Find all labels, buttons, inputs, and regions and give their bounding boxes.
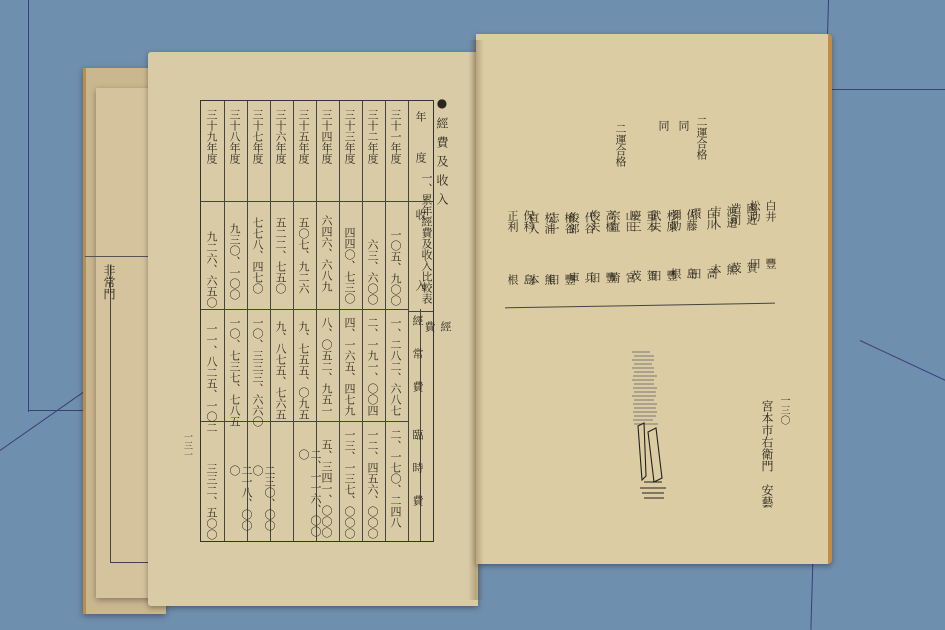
header-temporary: 臨時費: [409, 429, 425, 528]
temporary-cell: 一三、一三七、〇〇〇: [343, 429, 355, 539]
background-grid-line: [0, 387, 90, 451]
sailing-ship-illustration: [628, 348, 678, 508]
header-expense: 經費: [421, 321, 453, 541]
temporary-cell: 三三二、五〇〇: [205, 463, 217, 540]
income-cell: 一〇五、九〇〇: [389, 229, 401, 306]
left-page-number: 一三一: [181, 432, 194, 459]
ordinary-cell: 九、八七五、七六五: [274, 321, 286, 420]
temporary-cell: 二一八、〇〇〇: [228, 465, 252, 541]
emergency-gate-label: 非常門: [101, 264, 118, 300]
ordinary-cell: 一、二八二、六八七: [389, 317, 401, 416]
temporary-cell: 二三〇、〇〇〇: [251, 465, 275, 541]
header-ordinary: 經常費: [409, 315, 425, 414]
table-column-line: [385, 101, 386, 541]
ordinary-cell: 二、一九一、〇〇四: [366, 317, 378, 416]
ditto-heading: 同: [655, 120, 671, 131]
ditto-heading: 同: [675, 120, 691, 131]
table-row-line: [201, 201, 433, 202]
income-cell: 六四六、六八九: [320, 215, 332, 292]
ordinary-cell: 八、〇五二、九五一: [320, 317, 332, 416]
right-page-number: 一三〇: [776, 395, 791, 425]
year-cell: 三十四年度: [320, 109, 332, 164]
ordinary-cell: 一〇、七三七、七八五: [228, 317, 240, 427]
ordinary-cell: 四、一六五、四七九: [343, 317, 355, 416]
year-cell: 三十八年度: [228, 109, 240, 164]
income-cell: 五二二、七五〇: [274, 217, 286, 294]
comparison-table: 年度 收入 經費 經常費 臨時費 三十一年度 一〇五、九〇〇 一、二八二、六八七…: [200, 100, 434, 542]
table-column-line: [339, 101, 340, 541]
table-column-line: [362, 101, 363, 541]
year-cell: 三十二年度: [366, 109, 378, 164]
qualification-heading: 二運合格: [693, 116, 709, 160]
section-title: ●經費及收入: [434, 96, 451, 212]
ordinary-cell: 一一、八二五、一〇二: [205, 323, 217, 433]
income-cell: 九三〇、一〇〇: [228, 223, 240, 300]
temporary-cell: 二、一一六、〇〇〇: [297, 449, 321, 541]
year-cell: 三十三年度: [343, 109, 355, 164]
income-cell: 四四〇、七三〇: [343, 227, 355, 304]
income-cell: 六三、六〇〇: [366, 239, 378, 305]
temporary-cell: 二、一七〇、二四八: [389, 429, 401, 528]
year-cell: 三十五年度: [297, 109, 309, 164]
income-cell: 五〇七、九二六: [297, 217, 309, 294]
person-name: 保科 正利: [504, 210, 536, 232]
table-column-line: [293, 101, 294, 541]
year-cell: 三十九年度: [205, 109, 217, 164]
year-cell: 三十七年度: [251, 109, 263, 164]
income-cell: 七七八、四七〇: [251, 217, 263, 294]
year-cell: 三十一年度: [389, 109, 401, 164]
ordinary-cell: 九、七五五、〇九五: [297, 321, 309, 420]
ordinary-cell: 一〇、三三三、六六〇: [251, 317, 263, 427]
header-year: 年度: [412, 111, 428, 193]
book-gutter: [468, 40, 484, 600]
illustration-caption: 宮本市右衛門 安藝: [759, 400, 776, 508]
background-grid-line: [860, 340, 945, 383]
person-place: 島根: [504, 274, 536, 285]
table-row-line: [201, 309, 408, 310]
folded-page-rule: [85, 256, 155, 257]
temporary-cell: 一二、四五六、〇〇〇: [366, 429, 378, 539]
year-cell: 三十六年度: [274, 109, 286, 164]
qualification-heading: 二運合格: [612, 123, 628, 167]
background-grid-line: [28, 0, 29, 412]
income-cell: 九二六、六五〇: [205, 231, 217, 308]
table-column-line: [224, 101, 225, 541]
